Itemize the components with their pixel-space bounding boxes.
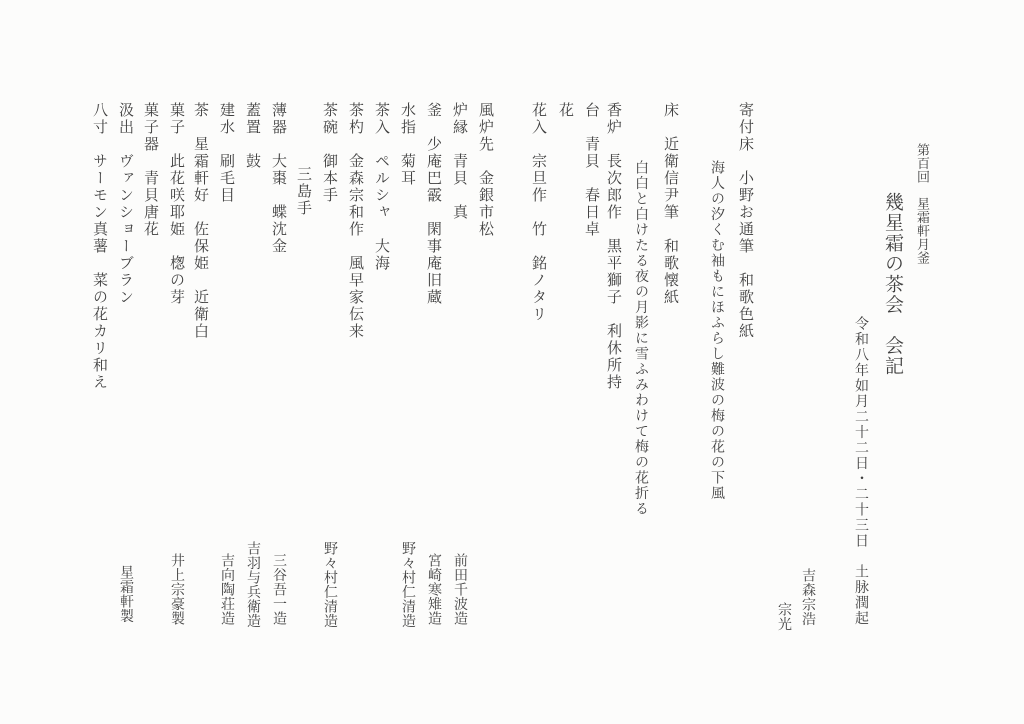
entry-kashi: 菓子 此花咲耶姫 楤の芽 [169,102,184,306]
kaiki-document-page: 第百回 星霜軒月釜 幾星霜の茶会 会記 令和八年如月二十二日・二十三日 土脉潤起… [0,0,1024,724]
entry-kumidashi: 汲出 ヴァンショーブラン [118,102,133,306]
entry-kashiki: 菓子器 青貝唐花 [143,102,158,238]
host-name-secondary: 宗光 [777,602,791,631]
entry-usuki: 薄器 大棗 蝶沈金 [271,102,286,255]
entry-dai: 台 青貝 春日卓 [584,102,599,238]
entry-chashaku: 茶杓 金森宗和作 風早家伝来 [348,102,363,340]
maker-kensui: 吉向陶荘造 [220,553,234,626]
entry-mizusashi: 水指 菊耳 [400,102,415,187]
entry-hana: 花 [558,102,573,119]
maker-kashi: 井上宗豪製 [170,553,184,626]
entry-hanaire: 花入 宗旦作 竹 銘ノタリ [531,102,546,323]
entry-kouro: 香炉 長次郎作 黒平獅子 利休所持 [606,102,621,391]
maker-mizusashi: 野々村仁清造 [401,541,415,628]
entry-chaire: 茶入 ペルシャ 大海 [374,102,389,272]
entry-chawan: 茶碗 御本手 [322,102,337,204]
entry-robuchi: 炉縁 青貝 真 [452,102,467,221]
entry-toko-poem: 白白と白けたる夜の月影に雪ふみわけて梅の花折る [634,160,648,517]
maker-kumidashi: 星霜軒製 [119,565,133,623]
entry-kama: 釜 少庵巴霰 閑事庵旧蔵 [426,102,441,306]
entry-furosaki: 風炉先 金銀市松 [478,102,493,238]
entry-futaoki: 蓋置 鼓 [245,102,260,170]
entry-hassun: 八寸 サーモン真薯 菜の花カリ和え [92,102,107,391]
entry-cha: 茶 星霜軒好 佐保姫 近衛白 [193,102,208,340]
maker-futaoki: 吉羽与兵衛造 [246,541,260,628]
host-name-primary: 吉森宗浩 [801,568,815,626]
entry-chawan-second: 三島手 [296,166,311,217]
maker-robuchi: 前田千波造 [453,553,467,626]
maker-chawan: 野々村仁清造 [323,541,337,628]
entry-toko: 床 近衛信尹筆 和歌懐紙 [663,102,678,306]
date-line: 令和八年如月二十二日・二十三日 土脉潤起 [854,316,868,626]
entry-yoritsukidoko: 寄付床 小野お通筆 和歌色紙 [738,102,753,340]
entry-yoritsukidoko-poem: 海人の汐くむ袖もにほふらし難波の梅の花の下風 [710,160,724,501]
maker-kama: 宮崎寒雉造 [427,553,441,626]
document-title: 幾星霜の茶会 会記 [883,192,902,377]
maker-usuki: 三谷吾一造 [272,553,286,626]
session-label: 第百回 星霜軒月釜 [915,143,928,265]
entry-kensui: 建水 刷毛目 [219,102,234,204]
